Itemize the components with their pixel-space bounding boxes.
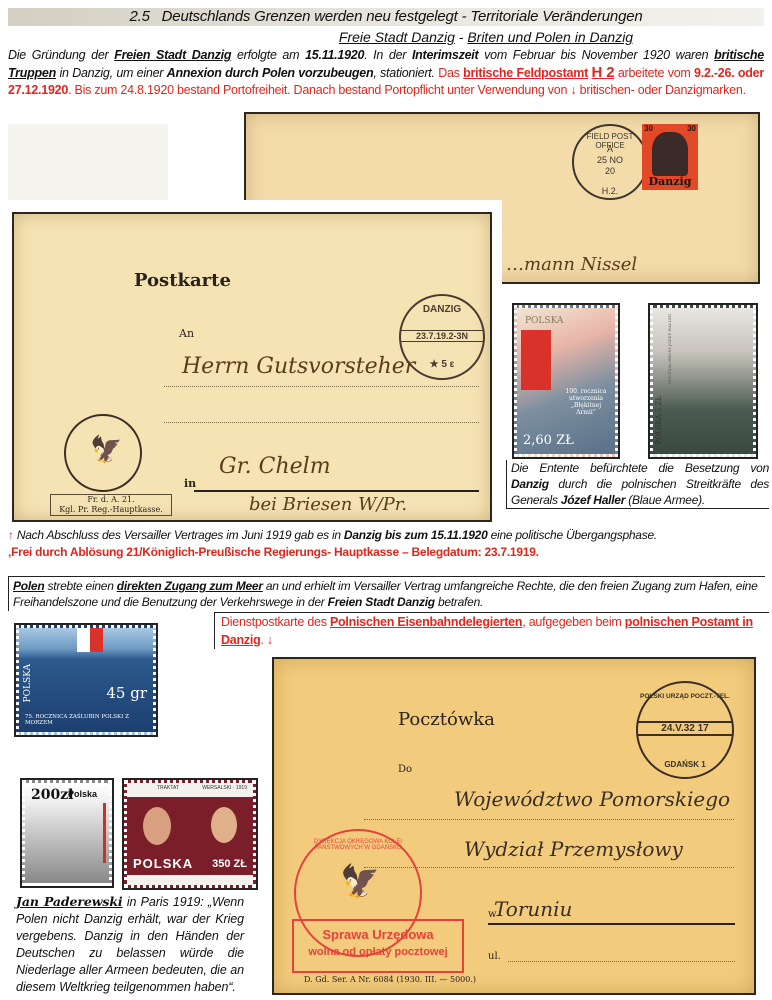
section-number: 2.5 xyxy=(130,8,150,25)
intro-paragraph: Die Gründung der Freien Stadt Danzig erf… xyxy=(8,47,764,99)
postcard2-postmark-top: POLSKI URZĄD POCZT.-TEL. xyxy=(638,693,732,700)
intro-r1: Das xyxy=(438,66,463,80)
intro-t7: vom Februar bis November 1920 waren xyxy=(478,48,714,62)
w-label: w xyxy=(488,909,497,920)
addressee-handwriting: Herrn Gutsvorsteher xyxy=(182,354,415,379)
postcard1-postmark-date: 23.7.19.2-3N xyxy=(401,330,483,342)
place-handwriting: Gr. Chelm xyxy=(219,454,331,479)
eagle-icon: 🦅 xyxy=(340,865,380,897)
service-card-caption: Dienstpostkarte des Polnischen Eisenbahn… xyxy=(214,612,769,649)
sea-stamp-value: 45 gr xyxy=(106,684,147,702)
cover1-stamp-value: 30 xyxy=(687,124,696,133)
postkarte-title: Postkarte xyxy=(134,270,231,291)
address-line xyxy=(164,386,479,387)
do-label: Do xyxy=(398,764,412,775)
sea-stamp-country: POLSKA xyxy=(23,664,33,702)
subtitle-danzig: Freie Stadt Danzig xyxy=(339,29,455,45)
postkarte-danzig: Postkarte An DANZIG 23.7.19.2-3N ★ 5 ε H… xyxy=(12,212,492,522)
intro-t2: Freien Stadt Danzig xyxy=(114,48,231,62)
in-label: in xyxy=(184,477,196,490)
service-card-caption-t1: Dienstpostkarte des xyxy=(221,615,330,629)
poland-box-t3: direkten Zugang zum Meer xyxy=(117,579,263,593)
gdansk-postmark: POLSKI URZĄD POCZT.-TEL. 24.V.32 17 GDAŃ… xyxy=(636,681,734,779)
haller-stamp-1: POLSKA 100. rocznica utworzenia „Błękitn… xyxy=(514,305,618,457)
transition-line2: ‚Frei durch Ablösung 21/Königlich-Preußi… xyxy=(8,544,768,561)
field-post-postmark: FIELD POST OFFICE A25 NO20 H.2. xyxy=(572,124,648,200)
cover1-postmark-line2: 25 NO xyxy=(574,155,646,166)
intro-t4: 15.11.1920 xyxy=(305,48,364,62)
stamps-haller-1-country: POLSKA 5 ZŁ xyxy=(655,396,663,444)
poland-box-t5: Freien Stadt Danzig xyxy=(328,595,435,609)
haller-caption-t4: Józef Haller xyxy=(561,493,625,507)
intro-t9: in Danzig, um einer xyxy=(56,66,167,80)
service-card-caption-t5: . ↓ xyxy=(260,633,272,647)
postcard1-box-line1: Fr. d. A. 21. xyxy=(51,495,171,505)
versailles-stamp-country: POLSKA xyxy=(133,856,193,871)
intro-t1: Die Gründung der xyxy=(8,48,114,62)
paderewski-caption-t2: in Paris 1919: „Wenn Polen nicht Danzig … xyxy=(16,895,244,994)
versailles-stamp-top-left: TRAKTAT xyxy=(157,785,179,791)
postcard1-postmark-top: DANZIG xyxy=(401,304,483,315)
polish-flag-icon xyxy=(521,330,551,390)
intro-r7: . Bis zum 24.8.1920 bestand Portofreihei… xyxy=(68,83,746,97)
stamps-haller-1-text: GENERAŁ BRONI JÓZEF HALLER xyxy=(667,314,672,384)
underline xyxy=(194,490,479,492)
intro-t6: Interimszeit xyxy=(412,48,478,62)
intro-r5: arbeitete vom xyxy=(614,66,694,80)
official-free-postage-box: Sprawa Urzędowa wolna od opłaty pocztowe… xyxy=(292,919,464,973)
paderewski-caption-t1: Jan Paderewski xyxy=(16,894,123,909)
subtitle-briten: Briten und Polen in Danzig xyxy=(467,29,633,45)
poland-box-t1: Polen xyxy=(13,579,44,593)
intro-r2: britische Feldpostamt xyxy=(463,66,588,80)
address-line xyxy=(364,867,734,868)
portrait-right xyxy=(211,807,237,843)
transition-t3: eine politische Übergangsphase. xyxy=(488,528,657,542)
haller-caption: Die Entente befürchtete die Besetzung vo… xyxy=(506,460,769,509)
cover1-postmark-line1: A xyxy=(574,144,646,155)
subtitle-sep: - xyxy=(455,29,467,45)
address-line xyxy=(364,819,734,820)
intro-r4: H 2 xyxy=(592,64,615,81)
paderewski-caption: Jan Paderewski in Paris 1919: „Wenn Pole… xyxy=(16,893,244,996)
postcard2-postmark-date: 24.V.32 17 xyxy=(638,721,732,736)
versailles-treaty-stamp: TRAKTAT WERSALSKI · 1919 POLSKA 350 ZŁ xyxy=(124,780,256,888)
eagle-icon: 🦅 xyxy=(90,436,122,462)
stamps-haller-0-value: 2,60 ZŁ xyxy=(523,433,574,448)
transition-t1: Nach Abschluss des Versailler Vertrages … xyxy=(14,528,344,542)
cover1-postmark-bottom: H.2. xyxy=(574,186,646,196)
portrait-left xyxy=(143,807,171,845)
addressee-handwriting: Województwo Pomorskiego xyxy=(454,787,730,811)
cover1-postmark-line3: 20 xyxy=(574,166,646,177)
flag-red xyxy=(90,628,103,652)
poland-box-t2: strebte einen xyxy=(44,579,116,593)
postcard2-red-seal: DYREKCJA OKRĘGOWA KOLEI PAŃSTWOWYCH W GD… xyxy=(296,839,420,851)
address-line xyxy=(164,422,479,423)
postcard2-red-box-line1: Sprawa Urzędowa xyxy=(294,927,462,942)
postcard2-postmark-bottom: GDAŃSK 1 xyxy=(638,760,732,769)
page-subtitle: Freie Stadt Danzig - Briten und Polen in… xyxy=(0,29,772,45)
stamps-haller-0-country: POLSKA xyxy=(525,316,563,326)
print-reference: D. Gd. Ser. A Nr. 6084 (1930. III. — 500… xyxy=(304,975,476,984)
eagle-seal: 🦅 xyxy=(64,414,142,492)
haller-caption-t5: (Blaue Armee). xyxy=(625,493,705,507)
intro-t3: erfolgte am xyxy=(231,48,305,62)
postcard1-box-line2: Kgl. Pr. Reg.-Hauptkasse. xyxy=(51,505,171,515)
haller-caption-t1: Die Entente befürchtete die Besetzung vo… xyxy=(511,461,769,475)
intro-t5: . In der xyxy=(364,48,412,62)
intro-t11: , stationiert. xyxy=(373,66,438,80)
cover1-stamp-value: 30 xyxy=(644,124,653,133)
cover-handwriting: …mann Nissel xyxy=(506,254,637,275)
haller-stamp-2: POLSKA 5 ZŁ GENERAŁ BRONI JÓZEF HALLER xyxy=(650,305,756,457)
postcard2-red-box-line2: wolna od opłaty pocztowej xyxy=(294,946,462,958)
an-label: An xyxy=(179,327,194,340)
sea-wedding-stamp: POLSKA 45 gr 75. ROCZNICA ZAŚLUBIN POLSK… xyxy=(16,625,156,735)
stamps-haller-0-text: 100. rocznica utworzenia „Błękitnej Armi… xyxy=(561,388,611,416)
flag-white xyxy=(77,628,90,652)
transition-t2: Danzig bis zum 15.11.1920 xyxy=(344,528,488,542)
city-handwriting: Toruniu xyxy=(494,897,572,921)
sea-stamp-caption: 75. ROCZNICA ZAŚLUBIN POLSKI Z MORZEM xyxy=(25,714,153,726)
transition-text: ↑ Nach Abschluss des Versailler Vertrage… xyxy=(8,527,768,561)
section-title-text: Deutschlands Grenzen werden neu festgele… xyxy=(162,8,643,25)
cover1-stamp-overprint: Danzig xyxy=(642,175,698,188)
paderewski-stamp: 200zł Polska xyxy=(22,780,112,886)
section-title: 2.5 Deutschlands Grenzen werden neu fest… xyxy=(0,8,772,26)
versailles-stamp-top-right: WERSALSKI · 1919 xyxy=(202,785,247,791)
service-card-caption-t2: Polnischen Eisenbahndelegierten xyxy=(330,615,522,629)
street-line xyxy=(508,961,735,962)
district-handwriting: bei Briesen W/Pr. xyxy=(249,494,407,515)
pocztowka-gdansk: Pocztówka Do POLSKI URZĄD POCZT.-TEL. 24… xyxy=(272,657,756,995)
paderewski-stamp-country: Polska xyxy=(68,789,97,799)
service-card-caption-t3: , aufgegeben beim xyxy=(522,615,625,629)
underline xyxy=(488,923,735,925)
department-handwriting: Wydział Przemysłowy xyxy=(464,837,683,861)
ul-label: ul. xyxy=(488,951,501,962)
fee-box: Fr. d. A. 21.Kgl. Pr. Reg.-Hauptkasse. xyxy=(50,494,172,516)
poland-box-t6: betrafen. xyxy=(435,595,483,609)
haller-caption-t2: Danzig xyxy=(511,477,549,491)
pocztowka-title: Pocztówka xyxy=(398,709,495,730)
intro-t10: Annexion durch Polen vorzubeugen xyxy=(167,66,374,80)
red-sidebar xyxy=(103,803,106,863)
danzig-overprint-stamp: 30 30 Danzig xyxy=(642,124,698,190)
versailles-stamp-value: 350 ZŁ xyxy=(212,858,247,870)
faded-area xyxy=(8,124,168,200)
poland-access-box: Polen strebte einen direkten Zugang zum … xyxy=(8,576,765,611)
